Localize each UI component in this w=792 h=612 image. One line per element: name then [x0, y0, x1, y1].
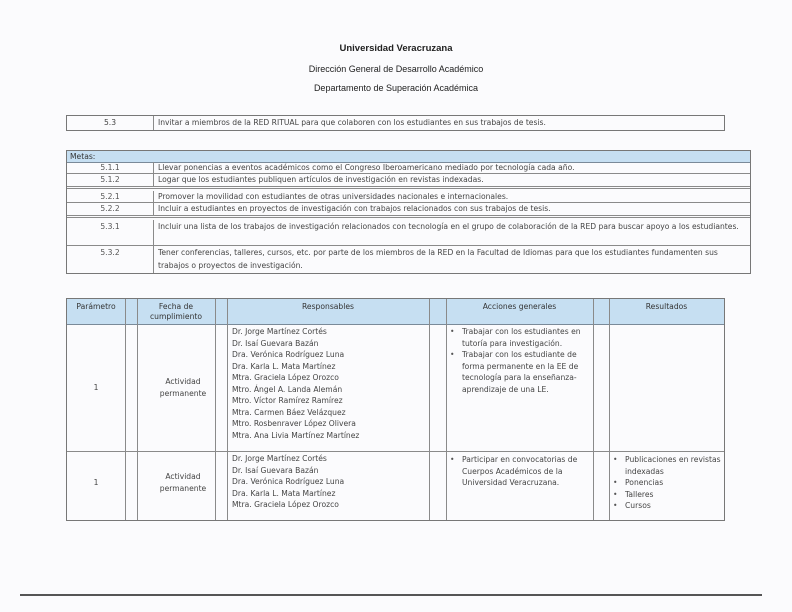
meta-number: 5.2.2 [67, 203, 153, 215]
column-divider [153, 116, 154, 130]
fecha-cell: Actividad permanente [155, 471, 211, 494]
accion-item: Participar en convocatorias de Cuerpos A… [448, 454, 588, 489]
acciones-list: Participar en convocatorias de Cuerpos A… [448, 454, 588, 489]
responsable-name: Mtro. Víctor Ramírez Ramírez [232, 395, 427, 407]
meta-row: 5.1.1 Llevar ponencias a eventos académi… [67, 162, 750, 174]
meta-row: 5.3.1 Incluir una lista de los trabajos … [67, 220, 750, 246]
responsable-name: Mtra. Graciela López Orozco [232, 372, 427, 384]
accion-item: Trabajar con los estudiante de forma per… [448, 349, 588, 395]
meta-number: 5.1.1 [67, 162, 153, 174]
meta-text: Logar que los estudiantes publiquen artí… [158, 174, 746, 187]
meta-row: 5.2.2 Incluir a estudiantes en proyectos… [67, 203, 750, 218]
page-bottom-edge [20, 594, 762, 596]
responsable-name: Dra. Karla L. Mata Martínez [232, 361, 427, 373]
responsable-name: Mtra. Ana Livia Martínez Martínez [232, 430, 427, 442]
responsable-name: Dr. Jorge Martínez Cortés [232, 326, 427, 338]
responsable-name: Dr. Isaí Guevara Bazán [232, 338, 427, 350]
fecha-cell: Actividad permanente [155, 376, 211, 399]
meta-text: Incluir a estudiantes en proyectos de in… [158, 203, 746, 216]
meta-text: Llevar ponencias a eventos académicos co… [158, 162, 746, 175]
responsable-name: Dra. Verónica Rodríguez Luna [232, 349, 427, 361]
resultados-list: Publicaciones en revistas indexadasPonen… [611, 454, 721, 512]
plan-table: Parámetro Fecha de cumplimiento Responsa… [66, 298, 725, 521]
meta-text: Incluir una lista de los trabajos de inv… [158, 221, 746, 234]
meta-text: Promover la movilidad con estudiantes de… [158, 191, 746, 204]
column-divider [153, 246, 154, 273]
university-title: Universidad Veracruzana [0, 43, 792, 54]
responsable-name: Mtra. Carmen Báez Velázquez [232, 407, 427, 419]
resultados-cell: Publicaciones en revistas indexadasPonen… [611, 454, 721, 512]
objective-row: 5.3 Invitar a miembros de la RED RITUAL … [66, 115, 725, 131]
department-subtitle: Departamento de Superación Académica [0, 83, 792, 93]
header-acciones: Acciones generales [446, 302, 593, 312]
header-fecha: Fecha de cumplimiento [137, 302, 215, 322]
meta-text: Tener conferencias, talleres, cursos, et… [158, 247, 746, 272]
responsable-name: Mtro. Rosbenraver López Olivera [232, 418, 427, 430]
meta-row: 5.3.2 Tener conferencias, talleres, curs… [67, 246, 750, 273]
column-divider [153, 220, 154, 245]
meta-row: 5.1.2 Logar que los estudiantes publique… [67, 174, 750, 189]
column-divider [153, 162, 154, 173]
accion-item: Trabajar con los estudiantes en tutoría … [448, 326, 588, 349]
responsable-name: Dr. Jorge Martínez Cortés [232, 453, 427, 465]
table-row: 1 Actividad permanente Dr. Jorge Martíne… [67, 452, 724, 520]
responsables-cell: Dr. Jorge Martínez CortésDr. Isaí Guevar… [232, 453, 427, 511]
responsable-name: Dra. Verónica Rodríguez Luna [232, 476, 427, 488]
header-responsables: Responsables [227, 302, 429, 312]
direction-subtitle: Dirección General de Desarrollo Académic… [0, 64, 792, 74]
meta-number: 5.3.1 [67, 221, 153, 233]
plan-table-header: Parámetro Fecha de cumplimiento Responsa… [67, 299, 724, 325]
header-parametro: Parámetro [67, 302, 125, 312]
meta-row: 5.2.1 Promover la movilidad con estudian… [67, 191, 750, 203]
acciones-cell: Participar en convocatorias de Cuerpos A… [448, 454, 588, 489]
resultado-item: Cursos [611, 500, 721, 512]
table-row: 1 Actividad permanente Dr. Jorge Martíne… [67, 324, 724, 452]
responsable-name: Dra. Karla L. Mata Martínez [232, 488, 427, 500]
parametro-cell: 1 [67, 382, 125, 394]
resultado-item: Talleres [611, 489, 721, 501]
column-divider [153, 174, 154, 186]
column-divider [153, 191, 154, 202]
column-divider [153, 203, 154, 215]
meta-number: 5.1.2 [67, 174, 153, 186]
metas-label: Metas: [70, 151, 95, 162]
acciones-cell: Trabajar con los estudiantes en tutoría … [448, 326, 588, 395]
responsable-name: Dr. Isaí Guevara Bazán [232, 465, 427, 477]
objective-number: 5.3 [67, 117, 153, 129]
acciones-list: Trabajar con los estudiantes en tutoría … [448, 326, 588, 395]
responsable-name: Mtro. Ángel A. Landa Alemán [232, 384, 427, 396]
parametro-cell: 1 [67, 477, 125, 489]
resultado-item: Publicaciones en revistas indexadas [611, 454, 721, 477]
meta-number: 5.3.2 [67, 247, 153, 259]
metas-table: Metas: 5.1.1 Llevar ponencias a eventos … [66, 150, 751, 274]
responsables-cell: Dr. Jorge Martínez CortésDr. Isaí Guevar… [232, 326, 427, 441]
meta-number: 5.2.1 [67, 191, 153, 203]
header-resultados: Resultados [609, 302, 724, 312]
resultado-item: Ponencias [611, 477, 721, 489]
objective-text: Invitar a miembros de la RED RITUAL para… [158, 117, 718, 129]
responsable-name: Mtra. Graciela López Orozco [232, 499, 427, 511]
